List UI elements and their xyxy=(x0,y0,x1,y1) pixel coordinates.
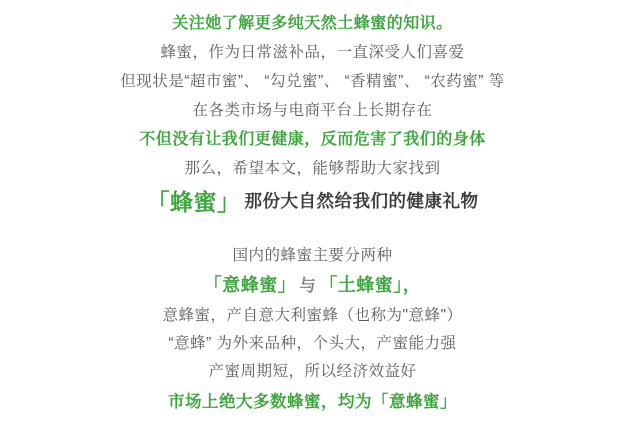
line-italian-origin: 意蜂蜜，产自意大利蜜蜂（也称为"意蜂"） xyxy=(0,300,625,328)
article-body: 关注她了解更多纯天然土蜂蜜的知识。 蜂蜜，作为日常滋补品，一直深受人们喜爱 但现… xyxy=(0,0,625,416)
type-italian-honey: 「意蜂蜜」 xyxy=(204,271,297,297)
line-market-presence: 在各类市场与电商平台上长期存在 xyxy=(0,94,625,123)
line-two-kinds: 国内的蜂蜜主要分两种 xyxy=(0,239,625,268)
line-hope: 那么，希望本文，能够帮助大家找到 xyxy=(0,152,625,181)
line-market-majority: 市场上绝大多数蜂蜜，均为「意蜂蜜」 xyxy=(0,384,625,416)
line-harm-warning: 不但没有让我们更健康，反而危害了我们的身体 xyxy=(0,123,625,152)
type-native-honey: 「土蜂蜜」， xyxy=(319,271,421,297)
intro-title: 关注她了解更多纯天然土蜂蜜的知识。 xyxy=(0,7,625,36)
types-conjunction: 与 xyxy=(299,272,316,296)
line-status-quo: 但现状是“超市蜜”、 “勾兑蜜”、 “香精蜜”、 “农药蜜” 等 xyxy=(0,65,625,94)
line-gift: 「蜂蜜」 那份大自然给我们的健康礼物 xyxy=(0,181,625,219)
paragraph-spacer xyxy=(0,219,625,239)
gift-highlight-honey: 「蜂蜜」 xyxy=(147,184,241,217)
article-page: 关注她了解更多纯天然土蜂蜜的知识。 蜂蜜，作为日常滋补品，一直深受人们喜爱 但现… xyxy=(0,0,625,426)
line-honey-types: 「意蜂蜜」 与 「土蜂蜜」， xyxy=(0,268,625,300)
gift-rest-text: 那份大自然给我们的健康礼物 xyxy=(245,188,479,213)
line-italian-traits: “意蜂” 为外来品种，个头大，产蜜能力强 xyxy=(0,328,625,356)
line-supplement: 蜂蜜，作为日常滋补品，一直深受人们喜爱 xyxy=(0,36,625,65)
line-economics: 产蜜周期短，所以经济效益好 xyxy=(0,356,625,384)
